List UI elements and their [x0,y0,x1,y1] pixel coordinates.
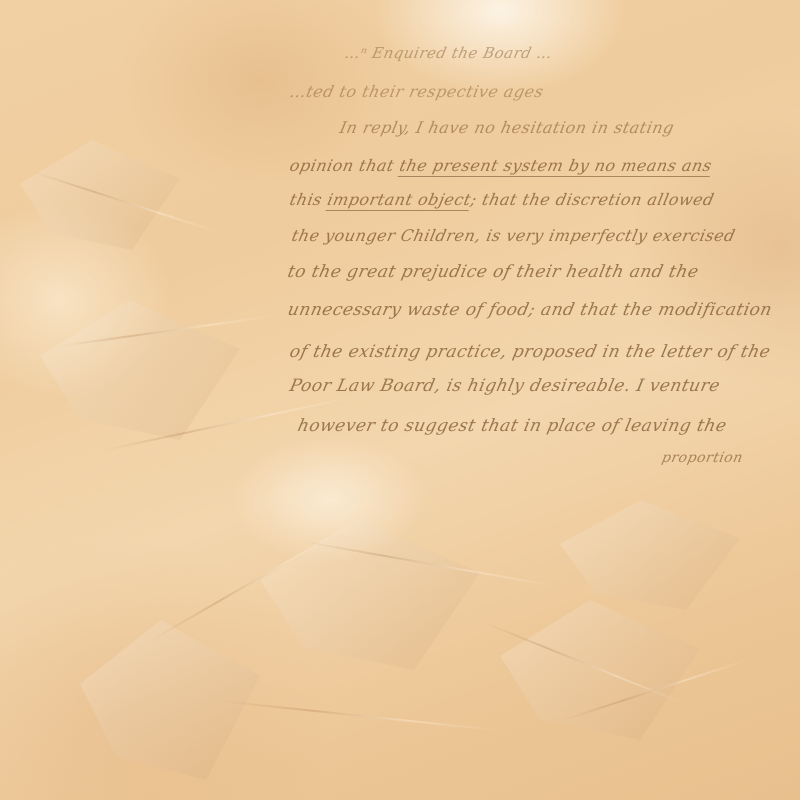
text-line-4-start: opinion that [288,156,396,175]
text-line-7: to the great prejudice of their health a… [286,262,701,282]
text-line-2: …ted to their respective ages [288,82,546,101]
text-line-4: opinion that the present system by no me… [288,156,714,175]
text-line-9: of the existing practice, proposed in th… [288,342,773,362]
text-line-12: proportion [660,450,744,466]
text-line-5: this important object; that the discreti… [288,190,716,209]
text-line-5-rest: ; that the discretion allowed [469,190,716,209]
text-line-6: the younger Children, is very imperfectl… [290,226,737,245]
text-line-1: ⁠…ⁿ Enquired the Board … [343,44,554,62]
text-line-3: In reply, I have no hesitation in statin… [338,118,676,137]
text-line-11: however to suggest that in place of leav… [296,416,729,436]
underlined-phrase: important object [325,190,473,211]
text-line-10: Poor Law Board, is highly desireable. I … [288,376,722,396]
text-line-8: unnecessary waste of food; and that the … [286,300,774,320]
handwritten-text: ⁠…ⁿ Enquired the Board … …ted to their r… [0,0,800,800]
underlined-phrase: the present system by no means ans [397,156,713,177]
aged-parchment-page: ⁠…ⁿ Enquired the Board … …ted to their r… [0,0,800,800]
text-line-5-start: this [288,190,324,209]
